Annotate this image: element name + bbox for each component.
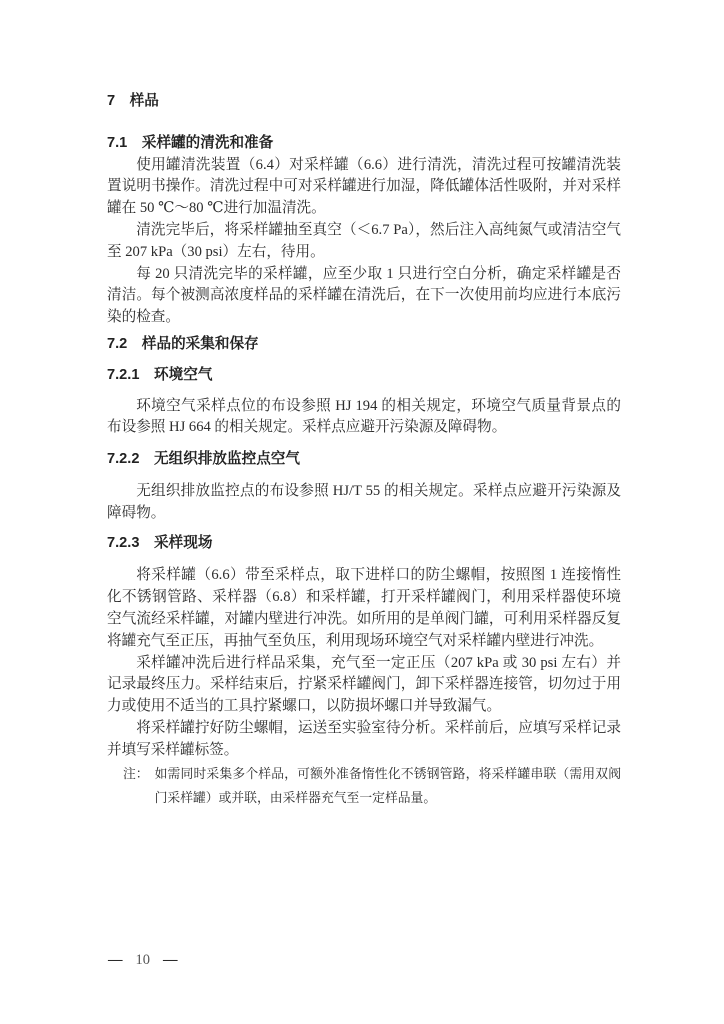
paragraph-sample-collection: 采样罐冲洗后进行样品采集，充气至一定正压（207 kPa 或 30 psi 左右…: [107, 653, 621, 718]
paragraph-canister-cleaning: 使用罐清洗装置（6.4）对采样罐（6.6）进行清洗，清洗过程可按罐清洗装置说明书…: [107, 155, 621, 220]
footer-dash-right: —: [163, 952, 178, 969]
section-heading-7-1: 7.1 采样罐的清洗和准备: [107, 133, 621, 155]
section-heading-7-2: 7.2 样品的采集和保存: [107, 334, 621, 356]
footer-dash-left: —: [108, 952, 123, 969]
paragraph-transport-label: 将采样罐拧好防尘螺帽，运送至实验室待分析。采样前后，应填写采样记录并填写采样罐标…: [107, 718, 621, 762]
paragraph-vacuum-fill: 清洗完毕后，将采样罐抽至真空（＜6.7 Pa），然后注入高纯氮气或清洁空气至 2…: [107, 220, 621, 264]
note-block: 注： 如需同时采集多个样品，可额外准备惰性化不锈钢管路，将采样罐串联（需用双阀门…: [123, 762, 621, 810]
note-label: 注：: [123, 762, 155, 810]
page-number: 10: [136, 952, 151, 969]
section-heading-7-2-2: 7.2.2 无组织排放监控点空气: [107, 449, 621, 471]
page-footer: — 10 —: [108, 952, 178, 969]
note-text: 如需同时采集多个样品，可额外准备惰性化不锈钢管路，将采样罐串联（需用双阀门采样罐…: [155, 762, 621, 810]
section-heading-7-2-1: 7.2.1 环境空气: [107, 365, 621, 387]
document-page: 7 样品 7.1 采样罐的清洗和准备 使用罐清洗装置（6.4）对采样罐（6.6）…: [0, 0, 724, 1024]
paragraph-fugitive-emission: 无组织排放监控点的布设参照 HJ/T 55 的相关规定。采样点应避开污染源及障碍…: [107, 481, 621, 525]
paragraph-blank-analysis: 每 20 只清洗完毕的采样罐，应至少取 1 只进行空白分析，确定采样罐是否清洁。…: [107, 264, 621, 329]
paragraph-ambient-air: 环境空气采样点位的布设参照 HJ 194 的相关规定，环境空气质量背景点的布设参…: [107, 396, 621, 440]
paragraph-sampling-site-setup: 将采样罐（6.6）带至采样点，取下进样口的防尘螺帽，按照图 1 连接惰性化不锈钢…: [107, 565, 621, 652]
document-content: 7 样品 7.1 采样罐的清洗和准备 使用罐清洗装置（6.4）对采样罐（6.6）…: [107, 91, 621, 810]
section-heading-7-2-3: 7.2.3 采样现场: [107, 533, 621, 555]
section-heading-7: 7 样品: [107, 91, 621, 113]
